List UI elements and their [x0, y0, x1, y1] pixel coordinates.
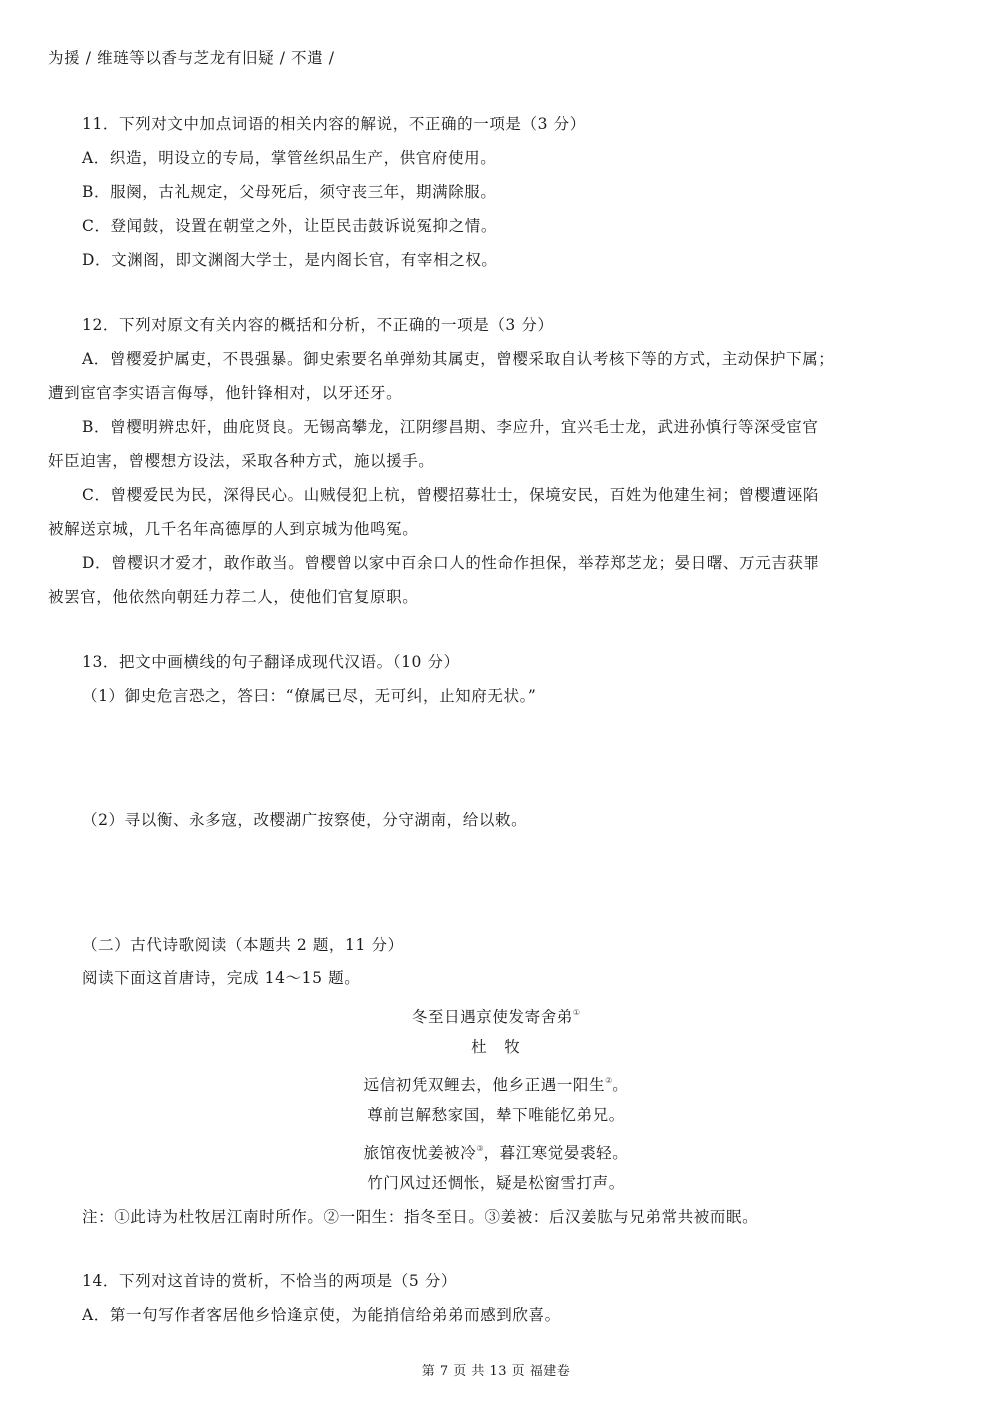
- poem-author: 杜 牧: [0, 1037, 992, 1057]
- footnote-marker-1: ①: [573, 1008, 580, 1017]
- question-12-option-c-line2: 被解送京城，几千名年高德厚的人到京城为他鸣冤。: [48, 519, 418, 539]
- poem-title: 冬至日遇京使发寄舍弟①: [0, 1003, 992, 1027]
- poem-line-1-text: 远信初凭双鲤去，他乡正遇一阳生: [364, 1076, 606, 1094]
- poem-line-1: 远信初凭双鲤去，他乡正遇一阳生②。: [0, 1071, 992, 1095]
- question-12-option-d-line2: 被罢官，他依然向朝廷力荐二人，使他们官复原职。: [48, 587, 418, 607]
- poem-line-2: 尊前岂解愁家国，辇下唯能忆弟兄。: [0, 1105, 992, 1125]
- question-12-stem: 12．下列对原文有关内容的概括和分析，不正确的一项是（3 分）: [82, 315, 554, 335]
- question-11-option-d: D．文渊阁，即文渊阁大学士，是内阁长官，有宰相之权。: [82, 250, 498, 270]
- page-footer: 第 7 页 共 13 页 福建卷: [0, 1362, 992, 1382]
- question-11-option-a: A．织造，明设立的专局，掌管丝织品生产，供官府使用。: [82, 148, 496, 168]
- question-12-option-b-line1: B．曾樱明辨忠奸，曲庇贤良。无锡高攀龙，江阴缪昌期、李应升，宜兴毛士龙，武进孙慎…: [82, 417, 819, 437]
- question-14-option-a: A．第一句写作者客居他乡恰逢京使，为能捎信给弟弟而感到欣喜。: [82, 1305, 561, 1325]
- question-12-option-c-line1: C．曾樱爱民为民，深得民心。山贼侵犯上杭，曾樱招募壮士，保境安民，百姓为他建生祠…: [82, 485, 819, 505]
- question-14-stem: 14．下列对这首诗的赏析，不恰当的两项是（5 分）: [82, 1271, 457, 1291]
- answer-fragment: 为援 / 维琏等以香与芝龙有旧疑 / 不遣 /: [48, 48, 335, 68]
- question-11-option-b: B．服阕，古礼规定，父母死后，须守丧三年，期满除服。: [82, 182, 497, 202]
- poem-line-3-text: 旅馆夜忧姜被冷: [364, 1144, 477, 1162]
- poem-notes: 注：①此诗为杜牧居江南时所作。②一阳生：指冬至日。③姜被：后汉姜肱与兄弟常共被而…: [82, 1207, 758, 1227]
- poem-title-text: 冬至日遇京使发寄舍弟: [412, 1008, 573, 1026]
- poem-line-4: 竹门风过还惆怅，疑是松窗雪打声。: [0, 1173, 992, 1193]
- question-13-part-1: （1）御史危言恐之，答曰：“僚属已尽，无可纠，止知府无状。”: [82, 686, 536, 706]
- section-instruction: 阅读下面这首唐诗，完成 14～15 题。: [82, 968, 360, 988]
- question-12-option-d-line1: D．曾樱识才爱才，敢作敢当。曾樱曾以家中百余口人的性命作担保，举荐郑芝龙；晏日曙…: [82, 553, 820, 573]
- poem-line-1-tail: 。: [612, 1076, 628, 1094]
- question-11-stem: 11．下列对文中加点词语的相关内容的解说，不正确的一项是（3 分）: [82, 114, 586, 134]
- question-12-option-a-line2: 遭到宦官李实语言侮辱，他针锋相对，以牙还牙。: [48, 383, 402, 403]
- question-12-option-b-line2: 奸臣迫害，曾樱想方设法，采取各种方式，施以援手。: [48, 451, 434, 471]
- question-12-option-a-line1: A．曾樱爱护属吏，不畏强暴。御史索要名单弹劾其属吏，曾樱采取自认考核下等的方式，…: [82, 349, 834, 369]
- section-heading: （二）古代诗歌阅读（本题共 2 题，11 分）: [82, 935, 404, 955]
- poem-line-3: 旅馆夜忧姜被冷③，暮江寒觉晏裘轻。: [0, 1139, 992, 1163]
- poem-line-3-tail: ，暮江寒觉晏裘轻。: [483, 1144, 628, 1162]
- question-11-option-c: C．登闻鼓，设置在朝堂之外，让臣民击鼓诉说冤抑之情。: [82, 216, 497, 236]
- question-13-stem: 13．把文中画横线的句子翻译成现代汉语。（10 分）: [82, 652, 460, 672]
- question-13-part-2: （2）寻以衡、永多寇，改樱湖广按察使，分守湖南，给以敕。: [82, 810, 527, 830]
